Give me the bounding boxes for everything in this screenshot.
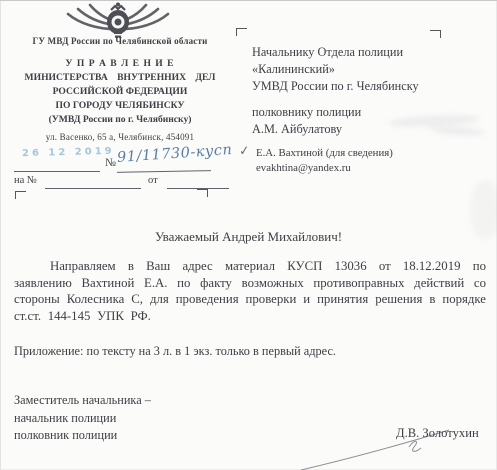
- body-paragraph: Направляем в Ваш адрес материал КУСП 130…: [14, 258, 486, 324]
- cc-name: Е.А. Вахтиной (для сведения): [256, 146, 486, 161]
- org-line: ПО ГОРОДУ ЧЕЛЯБИНСКУ: [10, 99, 230, 113]
- addressee-line: Начальнику Отдела полиции: [252, 44, 484, 61]
- salutation: Уважаемый Андрей Михайлович!: [0, 229, 497, 245]
- addressee-line: «Калининский»: [252, 61, 484, 78]
- org-line: (УМВД России по г. Челябинску): [10, 113, 230, 127]
- signature-stroke: [293, 417, 497, 470]
- signer-name: Д.В. Золотухин: [396, 426, 479, 441]
- date-underline: [14, 171, 100, 172]
- org-line: МИНИСТЕРСТВА ВНУТРЕННИХ ДЕЛ: [10, 71, 230, 85]
- addressee-block: Начальнику Отдела полиции «Калининский» …: [252, 44, 484, 95]
- scanned-letter-page: ГУ МВД России по Челябинской области У П…: [0, 0, 497, 470]
- org-line: У П Р А В Л Е Н И Е: [10, 57, 230, 71]
- corner-mark: [15, 191, 26, 199]
- handwritten-outgoing-number: 91/11730-кусп: [117, 142, 233, 166]
- corner-mark: [197, 189, 208, 197]
- signer-position-line: Заместитель начальника –: [14, 392, 151, 410]
- attachment-line: Приложение: по тексту на 3 л. в 1 экз. т…: [14, 344, 336, 359]
- street-address: ул. Васенко, 65 а, Челябинск, 454091: [10, 132, 230, 142]
- reply-date-label: от: [148, 175, 158, 186]
- date-stamp: 26 12 2019: [22, 146, 115, 159]
- corner-mark: [236, 28, 247, 36]
- org-parent-name: ГУ МВД России по Челябинской области: [6, 36, 234, 46]
- scan-artifact: [470, 180, 497, 240]
- reply-ref-label: на №: [14, 175, 37, 186]
- signer-position-line: начальник полиции: [14, 410, 151, 428]
- signer-position-block: Заместитель начальника – начальник полиц…: [14, 392, 151, 445]
- org-name-block: У П Р А В Л Е Н И Е МИНИСТЕРСТВА ВНУТРЕН…: [10, 57, 230, 127]
- addressee-line: УМВД России по г. Челябинску: [252, 78, 484, 95]
- checkmark-icon: ✓: [238, 143, 250, 159]
- org-line: РОССИЙСКОЙ ФЕДЕРАЦИИ: [10, 85, 230, 99]
- corner-mark: [430, 30, 441, 38]
- reply-ref-underline: [45, 188, 141, 189]
- number-underline: [117, 170, 211, 173]
- cc-email: evakhtina@yandex.ru: [256, 161, 486, 176]
- number-label: №: [105, 157, 116, 169]
- cc-block: Е.А. Вахтиной (для сведения) evakhtina@y…: [256, 146, 486, 176]
- signer-position-line: полковник полиции: [14, 427, 151, 445]
